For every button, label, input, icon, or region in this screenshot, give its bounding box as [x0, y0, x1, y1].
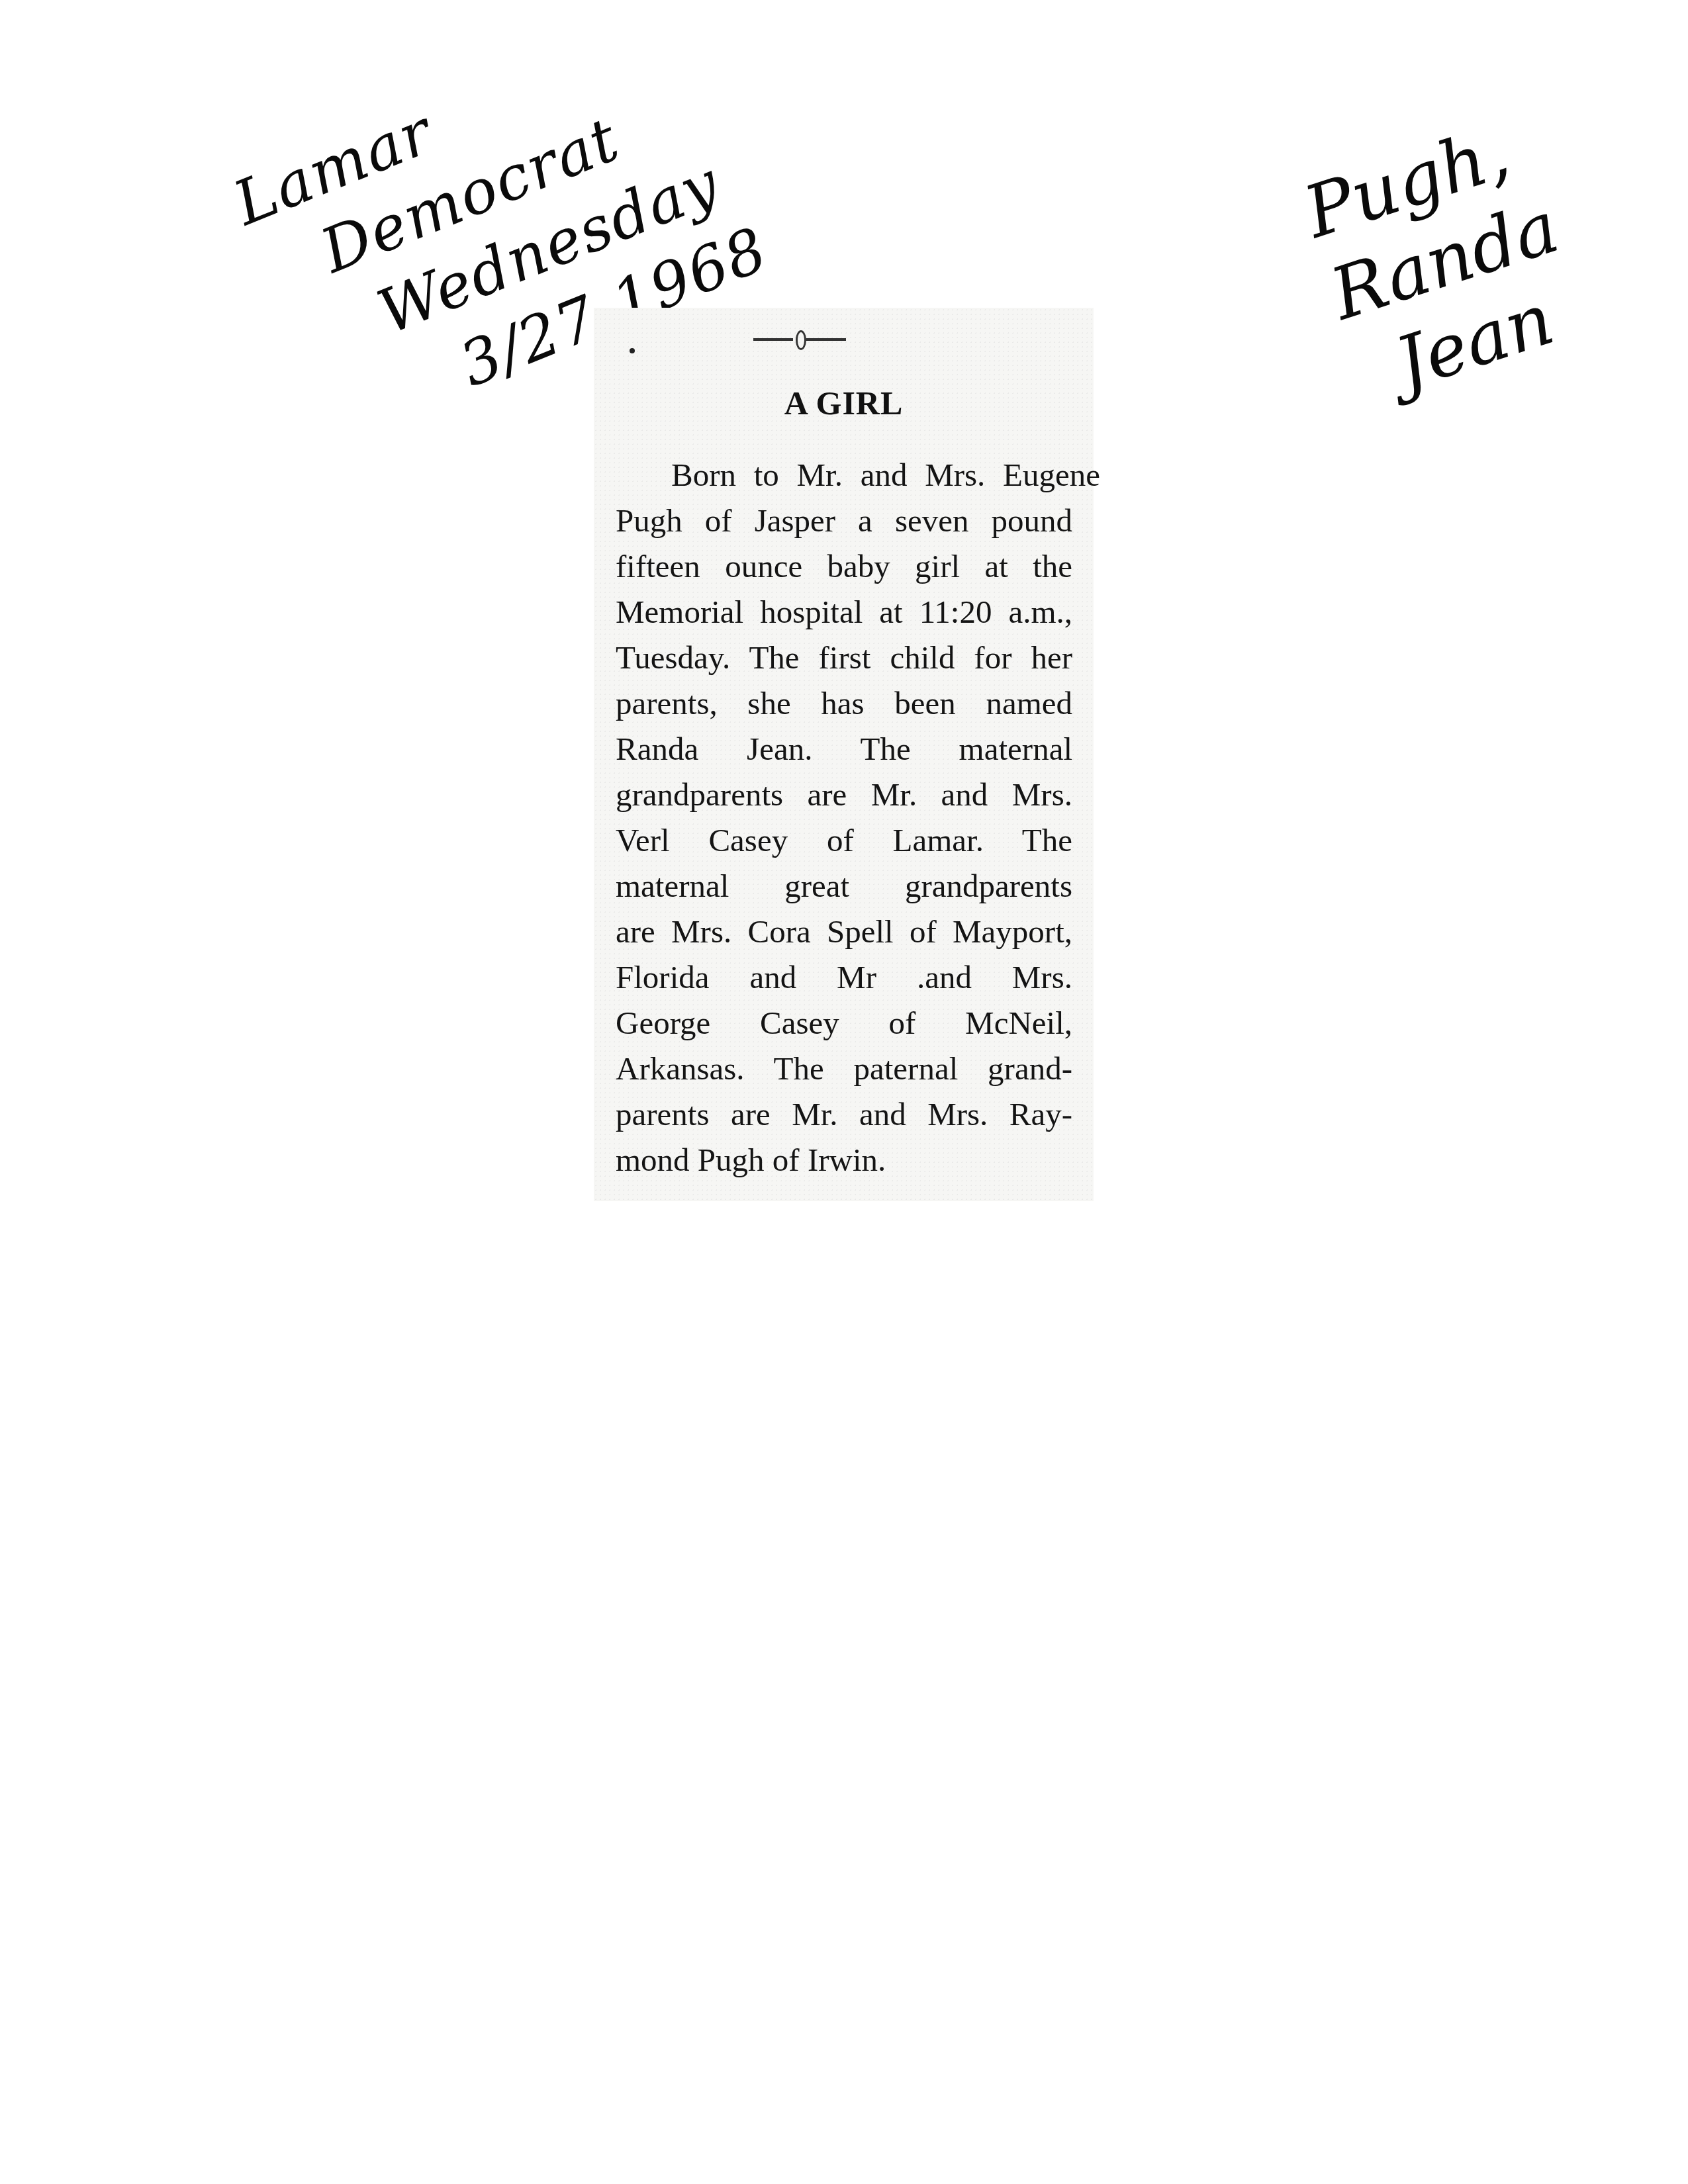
body-text-line: grandparents are Mr. and Mrs.: [616, 772, 1072, 817]
body-text-line: parents, she has been named: [616, 680, 1072, 726]
body-text-line: mond Pugh of Irwin.: [616, 1137, 1072, 1183]
body-text-line-content: are Mrs. Cora Spell of Mayport,: [616, 909, 1072, 954]
body-text-line-content: parents are Mr. and Mrs. Ray-: [616, 1091, 1072, 1137]
body-text-line-content: Randa Jean. The maternal: [616, 726, 1072, 772]
body-text-line-content: George Casey of McNeil,: [616, 1000, 1072, 1046]
body-text-line: maternal great grandparents: [616, 863, 1072, 909]
body-text-line: George Casey of McNeil,: [616, 1000, 1072, 1046]
body-text-line-content: Memorial hospital at 11:20 a.m.,: [616, 589, 1072, 635]
body-text-line-content: Arkansas. The paternal grand-: [616, 1046, 1072, 1091]
body-text-line: are Mrs. Cora Spell of Mayport,: [616, 909, 1072, 954]
body-text-line: parents are Mr. and Mrs. Ray-: [616, 1091, 1072, 1137]
body-text-line-content: parents, she has been named: [616, 680, 1072, 726]
body-text-line: Randa Jean. The maternal: [616, 726, 1072, 772]
clipping-headline: A GIRL: [594, 384, 1094, 422]
print-speck: [630, 348, 635, 353]
body-text-line: Memorial hospital at 11:20 a.m.,: [616, 589, 1072, 635]
body-text-line-content: Verl Casey of Lamar. The: [616, 817, 1072, 863]
newspaper-clipping: A GIRL Born to Mr. and Mrs. EugenePugh o…: [594, 308, 1094, 1201]
divider-ring: [796, 330, 806, 350]
body-text-line: Verl Casey of Lamar. The: [616, 817, 1072, 863]
body-text-line: Born to Mr. and Mrs. Eugene: [616, 452, 1072, 498]
body-text-line-content: Born to Mr. and Mrs. Eugene: [643, 452, 1100, 498]
body-text-line: Florida and Mr .and Mrs.: [616, 954, 1072, 1000]
body-text-line-content: Pugh of Jasper a seven pound: [616, 498, 1072, 543]
body-text-line: Tuesday. The first child for her: [616, 635, 1072, 680]
body-text-line: Pugh of Jasper a seven pound: [616, 498, 1072, 543]
body-text-line-content: Florida and Mr .and Mrs.: [616, 954, 1072, 1000]
body-text-line-content: grandparents are Mr. and Mrs.: [616, 772, 1072, 817]
body-text-line: fifteen ounce baby girl at the: [616, 543, 1072, 589]
divider-bar-left: [753, 338, 793, 341]
body-text-line-content: maternal great grandparents: [616, 863, 1072, 909]
divider-bar-right: [806, 338, 846, 341]
body-text-line-content: mond Pugh of Irwin.: [616, 1137, 1072, 1183]
handwritten-name-note: Pugh, Randa Jean: [1278, 89, 1597, 427]
body-text-line-content: fifteen ounce baby girl at the: [616, 543, 1072, 589]
body-text-line: Arkansas. The paternal grand-: [616, 1046, 1072, 1091]
ornamental-divider-icon: [753, 330, 846, 350]
body-text-line-content: Tuesday. The first child for her: [616, 635, 1072, 680]
clipping-body: Born to Mr. and Mrs. EugenePugh of Jaspe…: [616, 452, 1072, 1183]
